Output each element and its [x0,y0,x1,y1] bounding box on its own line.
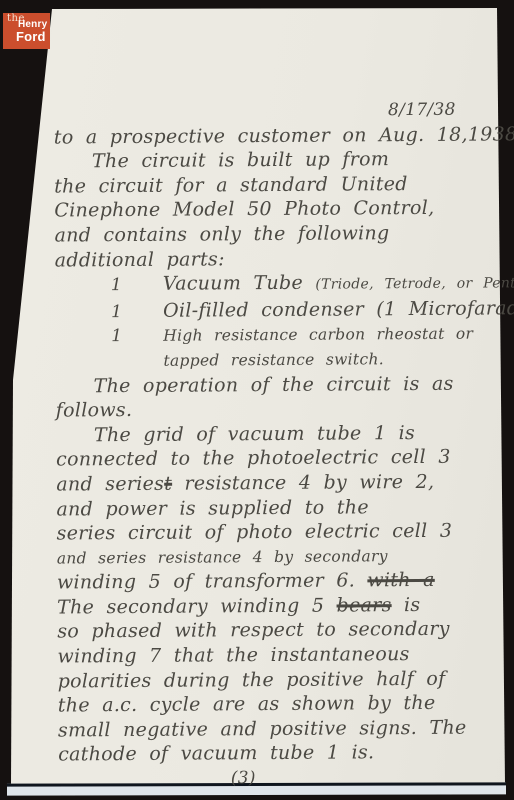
handwriting-line: follows. [56,396,486,424]
handwriting-text: and contains only the following [54,222,389,246]
handwriting-text: to a prospective customer on Aug. 18,193… [54,123,514,148]
handwriting-text: polarities during the positive half of [58,667,446,692]
handwriting-line: the circuit for a standard United [54,171,484,199]
handwriting-line: The grid of vacuum tube 1 is [56,420,486,448]
handwriting-text: the a.c. cycle are as shown by the [58,692,436,717]
handwriting-text: Cinephone Model 50 Photo Control, [54,197,434,222]
handwriting-line: 1Vacuum Tube (Triode, Tetrode, or Pentod… [55,270,485,300]
handwriting-line: Cinephone Model 50 Photo Control, [54,196,484,224]
handwriting-line: so phased with respect to secondary [57,617,487,645]
handwriting-line: additional parts: [55,245,485,273]
handwriting-text: series circuit of photo electric cell 3 [57,520,453,545]
handwriting-text: The operation of the circuit is as [94,372,454,397]
handwriting-text: winding 5 of transformer 6. [57,570,368,594]
handwriting-line: winding 5 of transformer 6. with a [57,568,487,596]
handwriting-text: resistance 4 by wire 2, [172,471,434,495]
handwriting-line: 1Oil-filled condenser (1 Microfarad) [55,296,485,325]
logo-ford: Ford [16,29,46,44]
handwriting-text: The grid of vacuum tube 1 is [94,422,415,446]
list-quantity: 1 [111,300,163,325]
handwriting-text: and power is supplied to the [56,496,369,520]
handwriting-text: tapped resistance switch. [163,350,384,370]
handwriting-line: winding 7 that the instantaneous [57,642,487,670]
handwriting-line: polarities during the positive half of [58,666,488,694]
henry-ford-archive-logo: the Henry Ford [3,13,50,49]
handwriting-text: cathode of vacuum tube 1 is. [58,742,374,766]
handwriting-text: so phased with respect to secondary [57,618,450,643]
handwriting-text: Vacuum Tube [163,272,316,295]
date-line: 8/17/38 [54,98,484,126]
handwriting-line: small negative and positive signs. The [58,715,488,743]
handwriting-line: and series resistance 4 by secondary [57,543,487,571]
handwriting-line: and seriest resistance 4 by wire 2, [56,469,486,497]
handwritten-content: 8/17/38to a prospective customer on Aug.… [54,98,489,793]
handwriting-line: The operation of the circuit is as [56,371,486,399]
handwriting-line: the a.c. cycle are as shown by the [58,691,488,719]
handwriting-text: follows. [56,399,133,422]
handwriting-text: Oil-filled condenser (1 Microfarad) [163,297,514,322]
scanned-photo-background: the Henry Ford 8/17/38to a prospective c… [0,0,514,800]
handwriting-line: cathode of vacuum tube 1 is. [58,740,488,768]
handwriting-line: and power is supplied to the [56,494,486,522]
handwriting-line: series circuit of photo electric cell 3 [57,519,487,547]
handwriting-line: and contains only the following [54,220,484,248]
handwriting-line: The circuit is built up from [54,147,484,175]
handwriting-line: The secondary winding 5 bears is [57,592,487,620]
list-quantity: 1 [111,273,163,298]
handwriting-text: and series [56,473,164,496]
struck-text: bears [336,594,391,616]
handwriting-text: 8/17/38 [388,100,456,120]
handwriting-line: connected to the photoelectric cell 3 [56,445,486,473]
struck-text: with a [367,569,435,591]
handwriting-text: connected to the photoelectric cell 3 [56,446,451,471]
handwriting-text: is [392,594,421,616]
handwriting-text: the circuit for a standard United [54,173,408,197]
handwriting-line: to a prospective customer on Aug. 18,193… [54,122,484,150]
handwriting-text: (Triode, Tetrode, or Pentode) [315,275,514,293]
page-number: (3) [58,765,488,793]
handwriting-line: 1High resistance carbon rheostat or [55,322,485,350]
handwriting-text: The secondary winding 5 [57,594,337,618]
handwriting-text: High resistance carbon rheostat or [163,325,473,345]
handwriting-text: and series resistance 4 by secondary [57,547,388,567]
handwriting-text: The circuit is built up from [92,148,389,172]
struck-text: t [164,473,172,495]
handwriting-line: tapped resistance switch. [55,346,485,374]
list-quantity: 1 [111,324,163,349]
handwriting-text: winding 7 that the instantaneous [57,643,409,667]
handwriting-text: additional parts: [55,248,225,271]
handwriting-text: small negative and positive signs. The [58,716,467,741]
handwriting-text: (3) [231,768,256,788]
